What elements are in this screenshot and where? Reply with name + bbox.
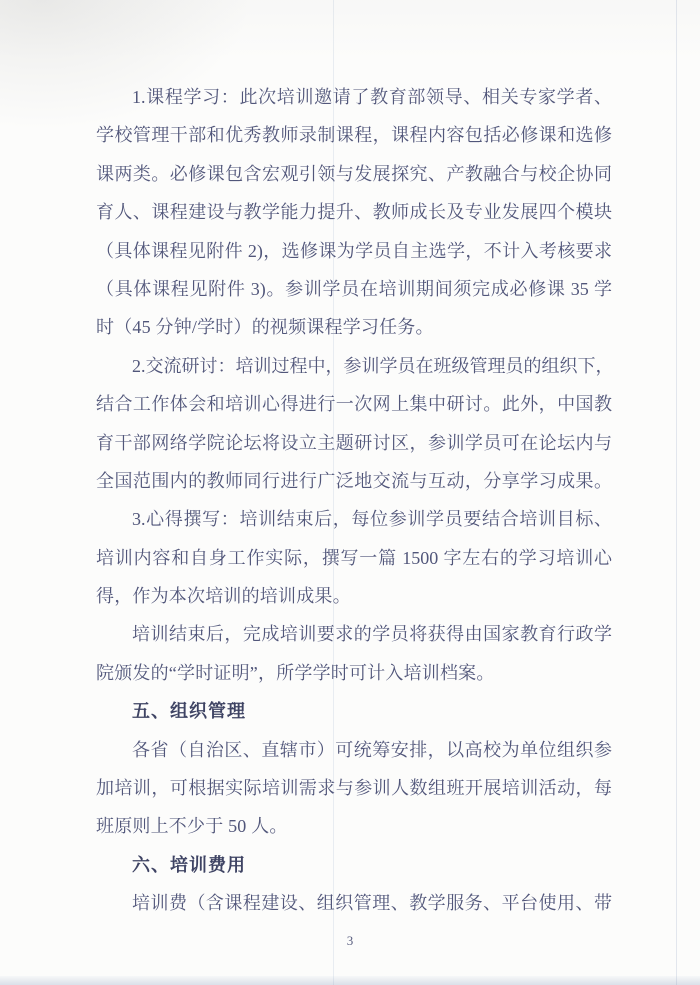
text-line: 培训结束后，完成培训要求的学员将获得由国家教育行政学 (96, 615, 612, 653)
text-line: 培训内容和自身工作实际，撰写一篇 1500 字左右的学习培训心 (96, 539, 612, 577)
section-heading: 五、组织管理 (96, 692, 612, 730)
scan-fold-artifact (333, 0, 334, 985)
text-line: 各省（自治区、直辖市）可统筹安排，以高校为单位组织参 (96, 731, 612, 769)
text-line: 育人、课程建设与教学能力提升、教师成长及专业发展四个模块 (96, 193, 612, 231)
text-line: 院颁发的“学时证明”，所学学时可计入培训档案。 (96, 654, 612, 692)
text-line: （具体课程见附件 3)。参训学员在培训期间须完成必修课 35 学 (96, 270, 612, 308)
text-line: 全国范围内的教师同行进行广泛地交流与互动，分享学习成果。 (96, 462, 612, 500)
scan-fold-artifact (676, 0, 677, 985)
text-line: 班原则上不少于 50 人。 (96, 807, 612, 845)
text-line: 3.心得撰写：培训结束后，每位参训学员要结合培训目标、 (96, 500, 612, 538)
text-line: 2.交流研讨：培训过程中，参训学员在班级管理员的组织下， (96, 347, 612, 385)
text-line: 育干部网络学院论坛将设立主题研讨区，参训学员可在论坛内与 (96, 424, 612, 462)
text-line: 时（45 分钟/学时）的视频课程学习任务。 (96, 308, 612, 346)
text-line: 加培训，可根据实际培训需求与参训人数组班开展培训活动，每 (96, 769, 612, 807)
document-body: 1.课程学习：此次培训邀请了教育部领导、相关专家学者、 学校管理干部和优秀教师录… (96, 78, 612, 923)
text-line: 1.课程学习：此次培训邀请了教育部领导、相关专家学者、 (96, 78, 612, 116)
section-heading: 六、培训费用 (96, 846, 612, 884)
text-line: 学校管理干部和优秀教师录制课程，课程内容包括必修课和选修 (96, 116, 612, 154)
text-line: 结合工作体会和培训心得进行一次网上集中研讨。此外，中国教 (96, 385, 612, 423)
text-line: 得，作为本次培训的培训成果。 (96, 577, 612, 615)
scan-edge-artifact (0, 976, 700, 985)
document-page: 1.课程学习：此次培训邀请了教育部领导、相关专家学者、 学校管理干部和优秀教师录… (0, 0, 700, 985)
text-line: 课两类。必修课包含宏观引领与发展探究、产教融合与校企协同 (96, 155, 612, 193)
text-line: 培训费（含课程建设、组织管理、教学服务、平台使用、带 (96, 884, 612, 922)
page-number: 3 (0, 933, 700, 949)
text-line: （具体课程见附件 2)，选修课为学员自主选学，不计入考核要求 (96, 232, 612, 270)
